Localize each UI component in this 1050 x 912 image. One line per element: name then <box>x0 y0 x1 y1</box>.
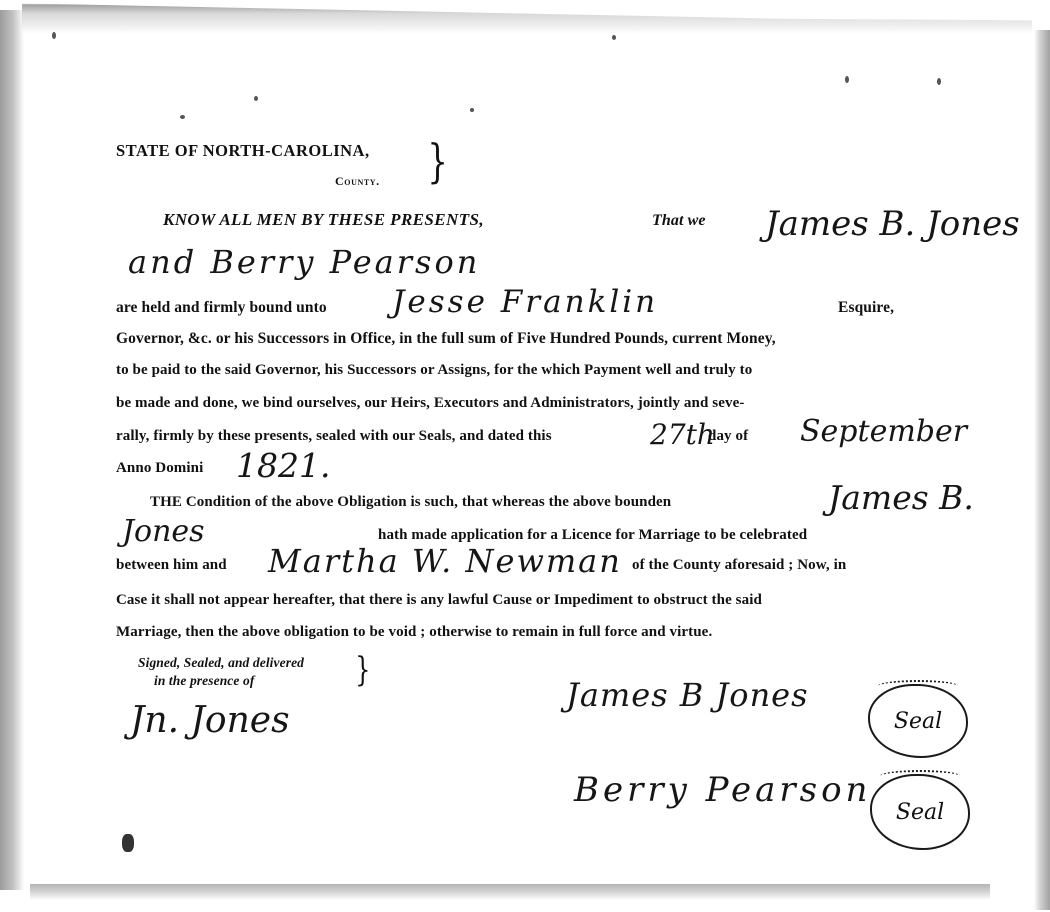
signature-berry-pearson: Berry Pearson <box>574 770 871 810</box>
surety-name-handwritten: and Berry Pearson <box>128 243 480 281</box>
seal-label: Seal <box>896 800 944 825</box>
day-handwritten: 27th <box>650 418 715 451</box>
ink-speck <box>52 32 56 39</box>
signed-sealed-label: Signed, Sealed, and delivered <box>138 655 304 671</box>
month-handwritten: September <box>800 414 967 449</box>
presence-of-label: in the presence of <box>154 673 254 689</box>
dated-this-text: rally, firmly by these presents, sealed … <box>116 428 552 445</box>
governor-name-handwritten: Jesse Franklin <box>392 284 658 320</box>
ink-speck <box>845 76 849 83</box>
page-torn-top-edge <box>22 0 1032 34</box>
year-handwritten: 1821. <box>236 446 330 485</box>
bride-name-handwritten: Martha W. Newman <box>268 542 622 580</box>
know-all-men-heading: KNOW ALL MEN BY THESE PRESENTS, <box>163 210 484 230</box>
signature-james-b-jones: James B Jones <box>566 676 809 714</box>
esquire-text: Esquire, <box>838 299 894 317</box>
body-line: be made and done, we bind ourselves, our… <box>116 395 744 412</box>
groom-name-handwritten-part2: Jones <box>122 514 205 549</box>
ink-speck <box>180 115 185 119</box>
ink-speck <box>937 78 941 85</box>
condition-line: of the County aforesaid ; Now, in <box>632 557 846 574</box>
ink-speck <box>612 35 616 40</box>
scan-shadow-right <box>1034 30 1050 910</box>
condition-line: Marriage, then the above obligation to b… <box>116 624 712 641</box>
seal-mark-1: Seal <box>868 684 968 758</box>
attestation-brace: } <box>355 650 370 690</box>
anno-domini-text: Anno Domini <box>116 460 203 477</box>
ink-speck <box>254 96 258 101</box>
ink-speck <box>470 108 474 112</box>
day-of-text: day of <box>708 428 748 445</box>
principal-name-handwritten: James B. Jones <box>765 204 1020 244</box>
seal-mark-2: Seal <box>870 774 970 850</box>
scan-shadow-left <box>0 10 24 890</box>
condition-line: Case it shall not appear hereafter, that… <box>116 592 762 609</box>
held-bound-text: are held and firmly bound unto <box>116 299 327 317</box>
heading-brace: } <box>427 136 447 186</box>
county-label: County. <box>335 174 380 189</box>
state-heading: STATE OF NORTH-CAROLINA, <box>116 141 370 161</box>
witness-signature: Jn. Jones <box>130 700 290 741</box>
condition-line: THE Condition of the above Obligation is… <box>150 494 671 511</box>
page-torn-bottom-edge <box>30 884 990 900</box>
between-him-text: between him and <box>116 557 227 574</box>
groom-name-handwritten-part1: James B. <box>828 478 974 517</box>
ink-speck <box>122 834 134 852</box>
body-line: Governor, &c. or his Successors in Offic… <box>116 330 776 348</box>
that-we-text: That we <box>652 212 706 230</box>
body-line: to be paid to the said Governor, his Suc… <box>116 362 752 379</box>
seal-label: Seal <box>894 709 942 734</box>
